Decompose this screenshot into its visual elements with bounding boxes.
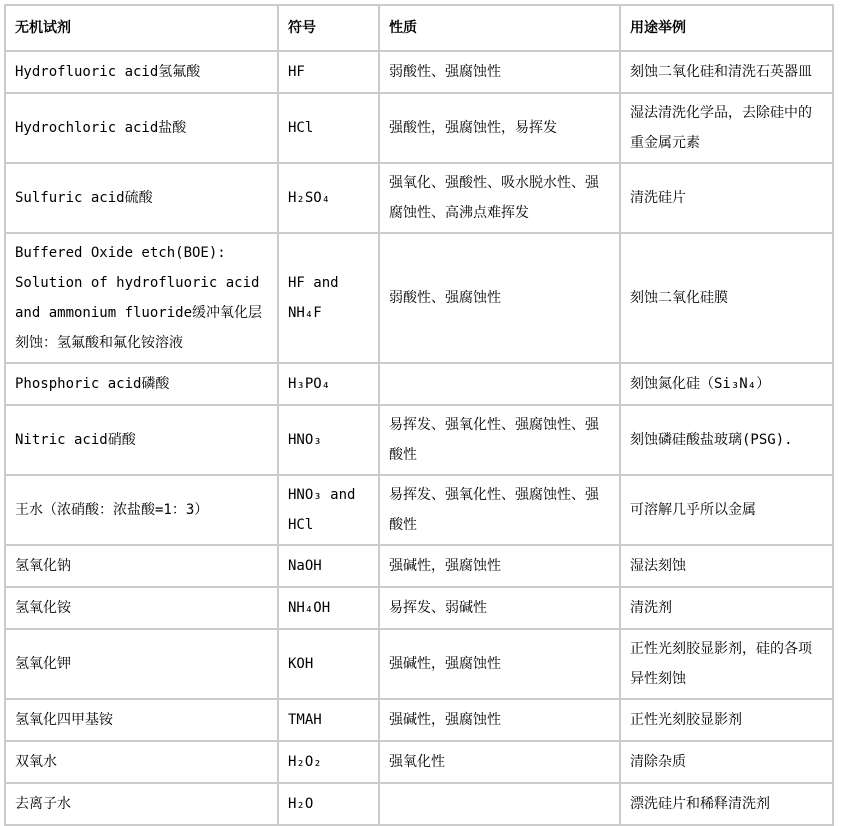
properties-cell: 弱酸性、强腐蚀性: [379, 233, 620, 363]
symbol-cell: HF and NH₄F: [278, 233, 379, 363]
symbol-cell: HNO₃: [278, 405, 379, 475]
reagent-cell: 双氧水: [5, 741, 278, 783]
properties-cell: 强碱性，强腐蚀性: [379, 545, 620, 587]
properties-cell: 强氧化、强酸性、吸水脱水性、强腐蚀性、高沸点难挥发: [379, 163, 620, 233]
reagent-cell: 氢氧化钾: [5, 629, 278, 699]
properties-cell: 易挥发、强氧化性、强腐蚀性、强酸性: [379, 405, 620, 475]
reagent-cell: Sulfuric acid硫酸: [5, 163, 278, 233]
usage-cell: 清除杂质: [620, 741, 833, 783]
table-row: Phosphoric acid磷酸H₃PO₄刻蚀氮化硅（Si₃N₄）: [5, 363, 833, 405]
usage-cell: 正性光刻胶显影剂: [620, 699, 833, 741]
properties-cell: 弱酸性、强腐蚀性: [379, 51, 620, 93]
reagent-cell: 王水（浓硝酸：浓盐酸=1：3）: [5, 475, 278, 545]
properties-cell: [379, 363, 620, 405]
usage-cell: 刻蚀二氧化硅和清洗石英器皿: [620, 51, 833, 93]
symbol-cell: H₃PO₄: [278, 363, 379, 405]
table-body: Hydrofluoric acid氢氟酸HF弱酸性、强腐蚀性刻蚀二氧化硅和清洗石…: [5, 51, 833, 825]
table-row: 氢氧化四甲基铵TMAH强碱性，强腐蚀性正性光刻胶显影剂: [5, 699, 833, 741]
usage-cell: 湿法刻蚀: [620, 545, 833, 587]
usage-cell: 漂洗硅片和稀释清洗剂: [620, 783, 833, 825]
properties-cell: 易挥发、弱碱性: [379, 587, 620, 629]
usage-cell: 刻蚀氮化硅（Si₃N₄）: [620, 363, 833, 405]
symbol-cell: TMAH: [278, 699, 379, 741]
table-row: Sulfuric acid硫酸H₂SO₄强氧化、强酸性、吸水脱水性、强腐蚀性、高…: [5, 163, 833, 233]
column-header-reagent: 无机试剂: [5, 5, 278, 51]
table-row: 氢氧化钠NaOH强碱性，强腐蚀性湿法刻蚀: [5, 545, 833, 587]
column-header-properties: 性质: [379, 5, 620, 51]
usage-cell: 正性光刻胶显影剂，硅的各项异性刻蚀: [620, 629, 833, 699]
symbol-cell: H₂SO₄: [278, 163, 379, 233]
reagent-cell: Nitric acid硝酸: [5, 405, 278, 475]
properties-cell: 强碱性，强腐蚀性: [379, 629, 620, 699]
reagent-cell: Buffered Oxide etch(BOE): Solution of hy…: [5, 233, 278, 363]
symbol-cell: NaOH: [278, 545, 379, 587]
symbol-cell: H₂O: [278, 783, 379, 825]
properties-cell: 强氧化性: [379, 741, 620, 783]
usage-cell: 清洗硅片: [620, 163, 833, 233]
table-row: Hydrofluoric acid氢氟酸HF弱酸性、强腐蚀性刻蚀二氧化硅和清洗石…: [5, 51, 833, 93]
symbol-cell: HF: [278, 51, 379, 93]
symbol-cell: H₂O₂: [278, 741, 379, 783]
reagent-cell: 去离子水: [5, 783, 278, 825]
usage-cell: 可溶解几乎所以金属: [620, 475, 833, 545]
reagent-cell: Hydrochloric acid盐酸: [5, 93, 278, 163]
symbol-cell: HCl: [278, 93, 379, 163]
symbol-cell: HNO₃ and HCl: [278, 475, 379, 545]
properties-cell: 强酸性，强腐蚀性，易挥发: [379, 93, 620, 163]
reagent-cell: 氢氧化铵: [5, 587, 278, 629]
column-header-usage: 用途举例: [620, 5, 833, 51]
reagent-cell: Hydrofluoric acid氢氟酸: [5, 51, 278, 93]
table-row: Nitric acid硝酸HNO₃易挥发、强氧化性、强腐蚀性、强酸性刻蚀磷硅酸盐…: [5, 405, 833, 475]
header-row: 无机试剂 符号 性质 用途举例: [5, 5, 833, 51]
usage-cell: 清洗剂: [620, 587, 833, 629]
usage-cell: 湿法清洗化学品，去除硅中的重金属元素: [620, 93, 833, 163]
reagent-cell: Phosphoric acid磷酸: [5, 363, 278, 405]
table-row: 去离子水H₂O漂洗硅片和稀释清洗剂: [5, 783, 833, 825]
reagents-table: 无机试剂 符号 性质 用途举例 Hydrofluoric acid氢氟酸HF弱酸…: [4, 4, 834, 826]
table-row: 氢氧化铵NH₄OH易挥发、弱碱性清洗剂: [5, 587, 833, 629]
reagent-cell: 氢氧化钠: [5, 545, 278, 587]
table-row: 王水（浓硝酸：浓盐酸=1：3）HNO₃ and HCl易挥发、强氧化性、强腐蚀性…: [5, 475, 833, 545]
reagent-cell: 氢氧化四甲基铵: [5, 699, 278, 741]
properties-cell: 易挥发、强氧化性、强腐蚀性、强酸性: [379, 475, 620, 545]
column-header-symbol: 符号: [278, 5, 379, 51]
symbol-cell: KOH: [278, 629, 379, 699]
table-header: 无机试剂 符号 性质 用途举例: [5, 5, 833, 51]
table-row: 双氧水H₂O₂强氧化性清除杂质: [5, 741, 833, 783]
page: 无机试剂 符号 性质 用途举例 Hydrofluoric acid氢氟酸HF弱酸…: [0, 0, 841, 787]
usage-cell: 刻蚀磷硅酸盐玻璃(PSG).: [620, 405, 833, 475]
usage-cell: 刻蚀二氧化硅膜: [620, 233, 833, 363]
properties-cell: [379, 783, 620, 825]
table-row: Buffered Oxide etch(BOE): Solution of hy…: [5, 233, 833, 363]
properties-cell: 强碱性，强腐蚀性: [379, 699, 620, 741]
symbol-cell: NH₄OH: [278, 587, 379, 629]
table-row: 氢氧化钾KOH强碱性，强腐蚀性正性光刻胶显影剂，硅的各项异性刻蚀: [5, 629, 833, 699]
table-row: Hydrochloric acid盐酸HCl强酸性，强腐蚀性，易挥发湿法清洗化学…: [5, 93, 833, 163]
